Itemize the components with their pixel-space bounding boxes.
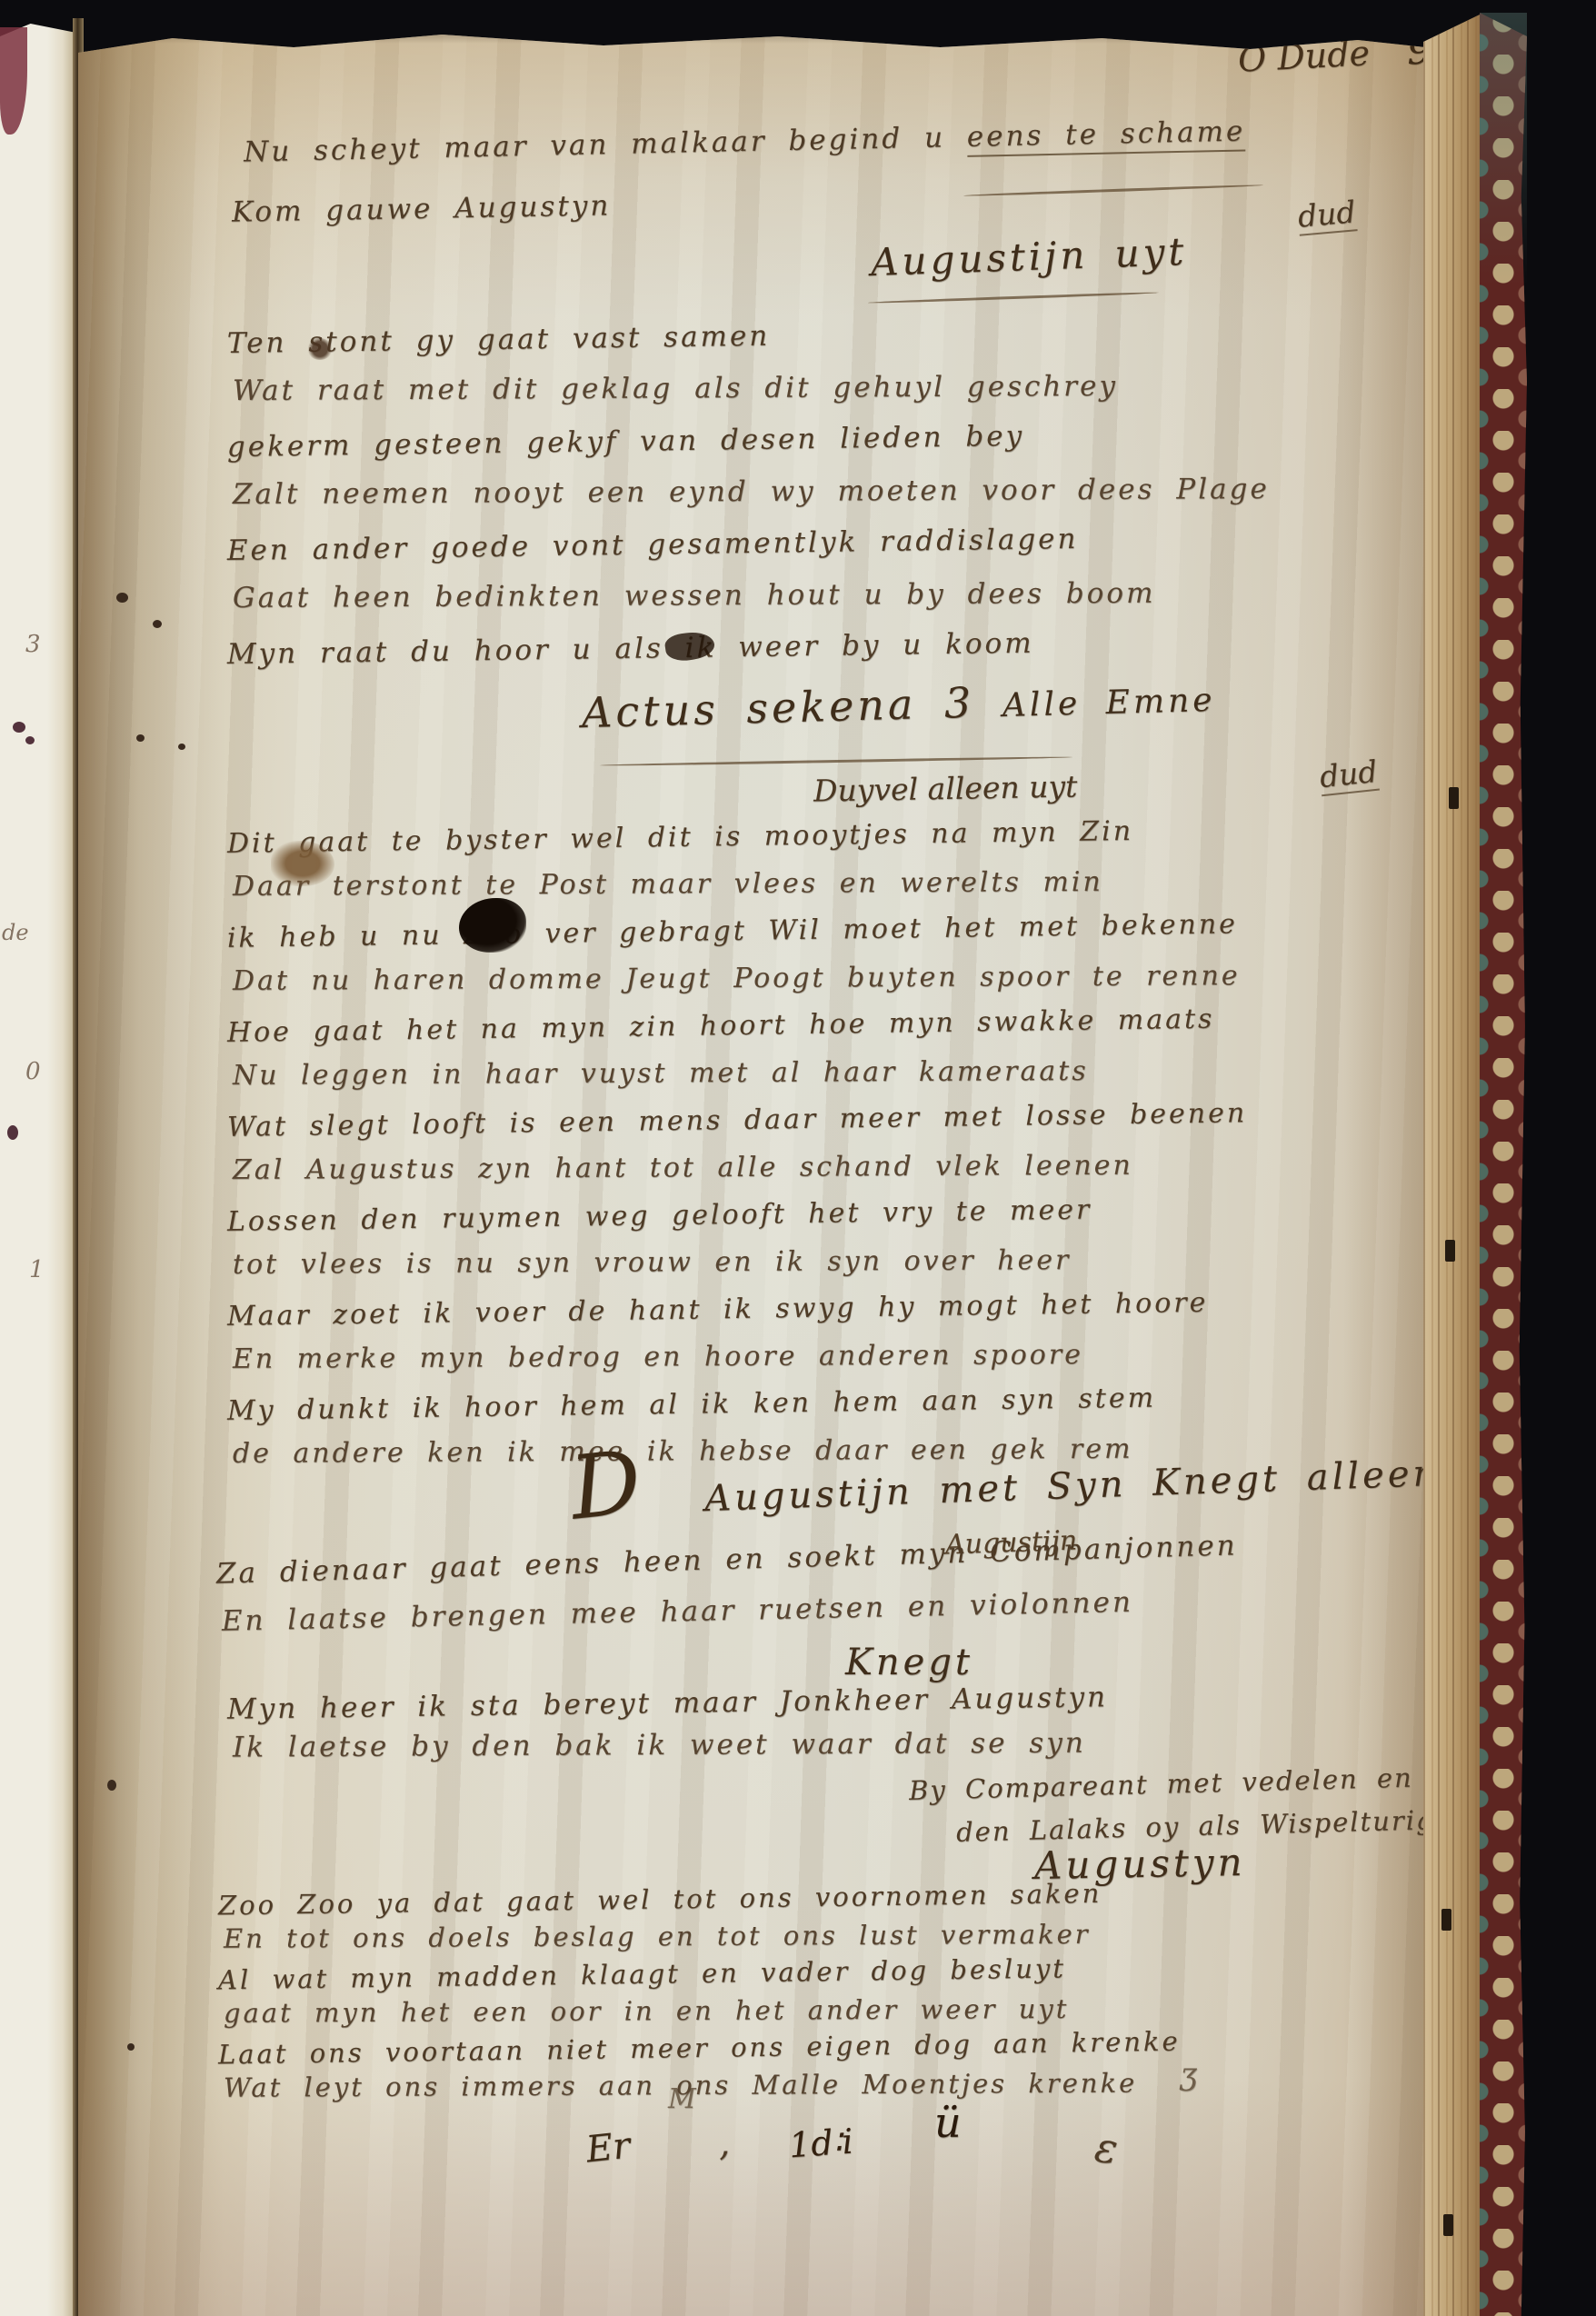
pen-trial-mark: ’ [718,2145,730,2187]
pen-trial-mark: ε [1092,2122,1121,2174]
bleed-fragment: 3 [25,631,41,658]
manuscript-line: Nu scheyt maar van malkaar begind u eens… [244,115,1246,168]
stage-direction-sub: Duyvel alleen uyt [813,768,1078,808]
gutter-shadow [78,16,224,2316]
pen-trial-mark: 1d∶i [788,2121,854,2166]
bleed-fragment: 0 [25,1058,41,1085]
act-title-suffix: Alle Emne [1002,682,1216,724]
stitch-mark [1441,1909,1451,1931]
ink-speck [178,744,185,750]
brown-stain [271,841,334,886]
ink-speck [136,734,145,742]
pen-trial-mark: M [668,2083,696,2115]
bottom-warm-band [78,2080,1425,2316]
stitch-mark [1445,1240,1455,1262]
margin-note-dud: dud [1318,754,1379,796]
stitch-mark [1449,787,1459,809]
flourish-stroke [600,755,1072,766]
speech-block-5: Zoo Zoo ya dat gaat wel tot ons voornome… [218,1883,1181,2107]
ink-speck [116,593,128,603]
ink-speck [127,2043,135,2051]
ink-speck [153,620,162,628]
manuscript-line: Ik laetse by den bak ik weet waar dat se… [233,1726,1108,1772]
pen-trial-mark: ü [934,2098,962,2147]
page-fore-edge [1423,15,1480,2316]
bleed-fragment: de [2,920,29,945]
manuscript-line: Kom gauwe Augustyn [232,189,612,228]
speaker-heading-knegt: Knegt [845,1642,973,1683]
speech-block-1: Ten stont gy gaat vast samen Wat raat me… [227,320,1270,683]
ink-speck [7,1125,18,1140]
manuscript-photo: 3 de 0 1 O Dude 9 Nu scheyt maar van mal… [0,0,1596,2316]
speech-block-2: Dit gaat te byster wel dit is mooytjes n… [227,821,1247,1482]
small-stain [307,338,333,360]
pen-trial-mark: Er [584,2125,633,2171]
stage-direction-exit: Augustijn uyt [870,229,1188,285]
speech-block-4: Myn heer ik sta bereyt maar Jonkheer Aug… [227,1687,1108,1771]
speech-block-3: Za dienaar gaat eens heen en soekt myn C… [216,1543,1238,1645]
ornamental-initial: D [565,1431,645,1539]
bleed-fragment: 1 [29,1256,45,1283]
stitch-mark [1443,2214,1453,2236]
flourish-stroke [963,184,1263,197]
act-title: Actus sekena 3 [581,678,974,737]
ink-speck [107,1780,116,1791]
manuscript-page: O Dude 9 Nu scheyt maar van malkaar begi… [78,16,1425,2316]
page-header-label: O Dude [1237,33,1371,80]
underlined-phrase: eens te schame [966,115,1245,156]
margin-note-dud: dud [1296,194,1357,235]
fore-edge-shadow [1343,16,1425,2316]
ink-speck [25,736,35,744]
page-top-shadow [78,16,1425,44]
flourish-stroke [868,291,1159,304]
marbled-cover-edge [1480,13,1527,2316]
line-text: Nu scheyt maar van malkaar begind u [244,121,946,168]
facing-page-edge: 3 de 0 1 [0,24,76,2316]
pen-trial-mark: ʒ [1180,2056,1197,2092]
ink-blot [459,898,526,953]
ink-speck [13,722,25,733]
manuscript-line: Wat leyt ons immers aan ons Malle Moentj… [224,2067,1181,2110]
